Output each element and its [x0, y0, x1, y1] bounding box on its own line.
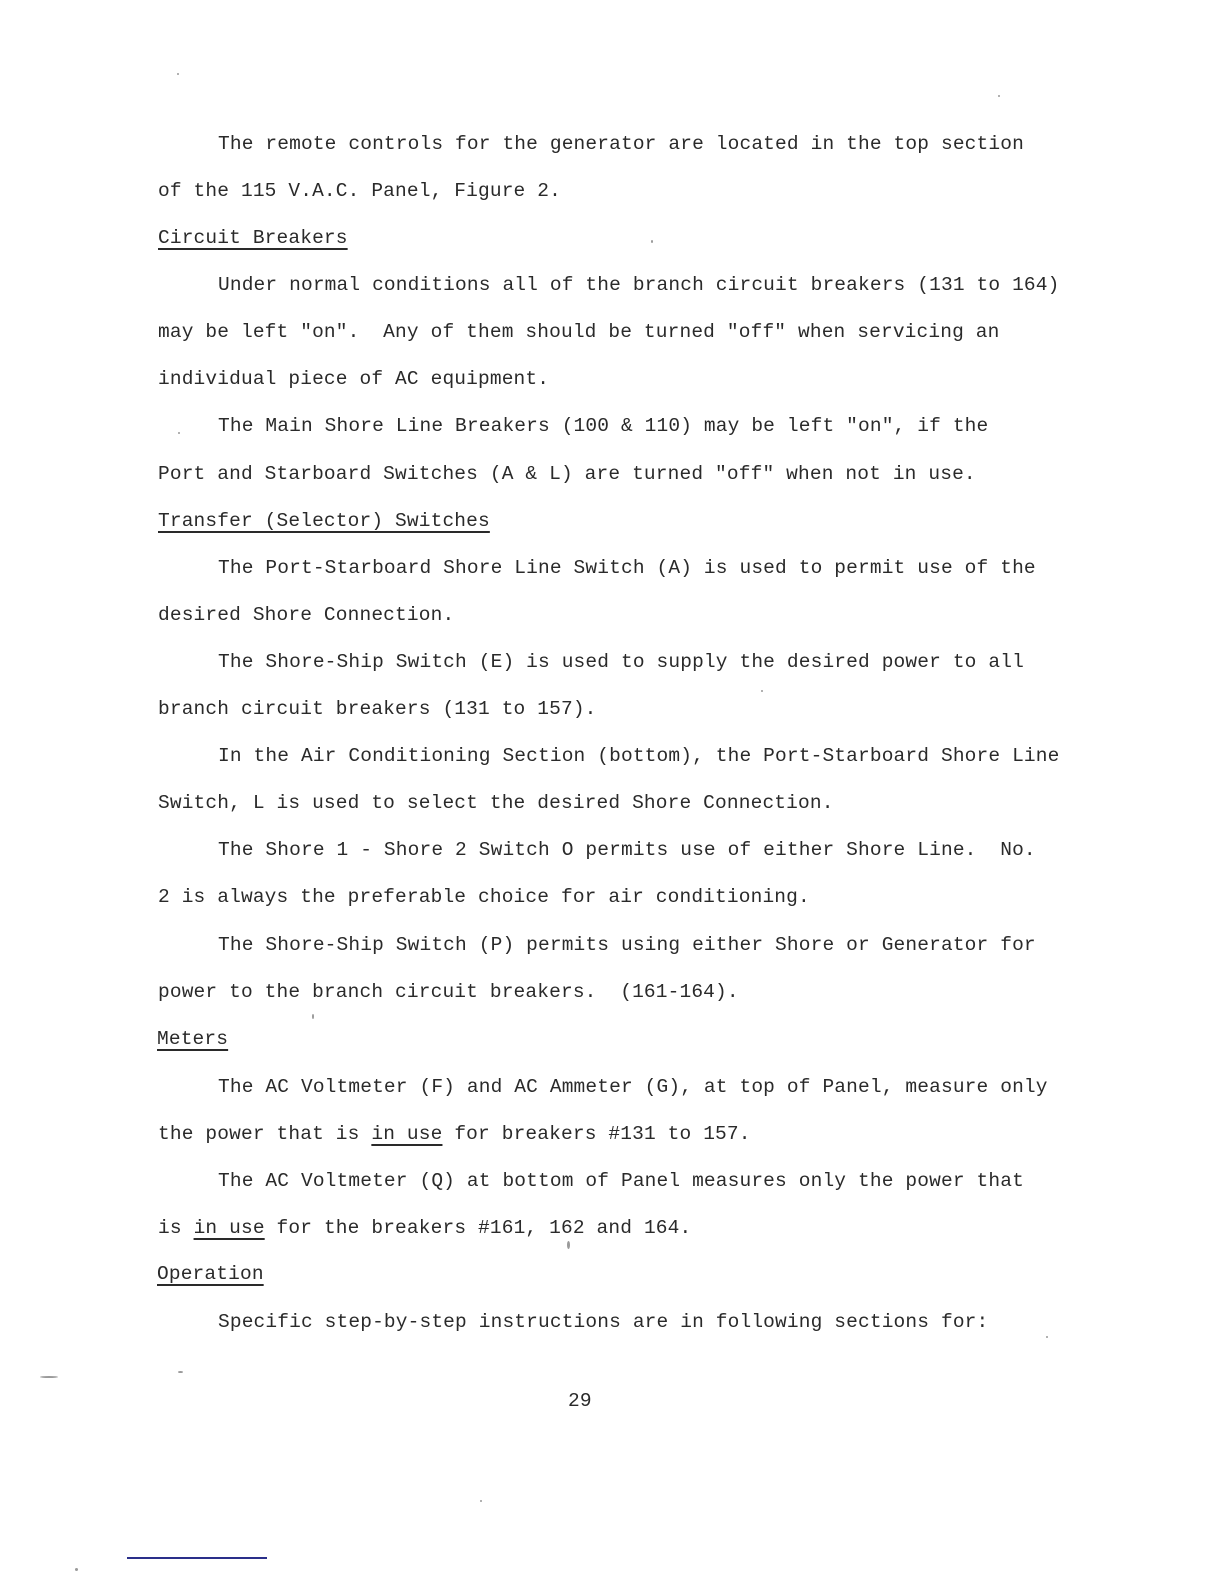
- body-text-line: The Port-Starboard Shore Line Switch (A)…: [218, 556, 1036, 580]
- body-text-line: The Main Shore Line Breakers (100 & 110)…: [218, 414, 988, 438]
- scan-speck: [75, 1568, 78, 1571]
- body-text-line: 2 is always the preferable choice for ai…: [158, 885, 810, 909]
- text-run: the power that is: [158, 1123, 371, 1145]
- section-heading-circuit-breakers: Circuit Breakers: [158, 226, 348, 250]
- emphasis-in-use: in use: [371, 1123, 442, 1145]
- body-text-line: The Shore-Ship Switch (E) is used to sup…: [218, 650, 1024, 674]
- section-heading-transfer-switches: Transfer (Selector) Switches: [158, 509, 490, 533]
- body-text-line: Under normal conditions all of the branc…: [218, 273, 1060, 297]
- body-text-line: The Shore-Ship Switch (P) permits using …: [218, 933, 1036, 957]
- section-heading-meters: Meters: [157, 1027, 228, 1051]
- text-run: is: [158, 1217, 194, 1239]
- body-text-line: is in use for the breakers #161, 162 and…: [158, 1216, 691, 1240]
- body-text-line: desired Shore Connection.: [158, 603, 454, 627]
- scan-speck: [998, 95, 1000, 97]
- emphasis-in-use: in use: [194, 1217, 265, 1239]
- scan-speck: [40, 1376, 58, 1378]
- text-run: for breakers #131 to 157.: [442, 1123, 750, 1145]
- scan-speck: [480, 1500, 482, 1502]
- body-text-line: The AC Voltmeter (F) and AC Ammeter (G),…: [218, 1075, 1048, 1099]
- scan-speck: [178, 432, 180, 434]
- scan-speck: [1046, 1336, 1048, 1338]
- body-text-line: individual piece of AC equipment.: [158, 367, 549, 391]
- scan-speck: [761, 690, 763, 692]
- text-run: for the breakers #161, 162 and 164.: [265, 1217, 692, 1239]
- body-text-line: branch circuit breakers (131 to 157).: [158, 697, 597, 721]
- body-text-line: Specific step-by-step instructions are i…: [218, 1310, 988, 1334]
- scan-speck: [177, 73, 179, 75]
- body-text-line: may be left "on". Any of them should be …: [158, 320, 1000, 344]
- section-heading-operation: Operation: [157, 1262, 264, 1286]
- body-text-line: The remote controls for the generator ar…: [218, 132, 1024, 156]
- body-text-line: the power that is in use for breakers #1…: [158, 1122, 751, 1146]
- body-text-line: In the Air Conditioning Section (bottom)…: [218, 744, 1060, 768]
- body-text-line: of the 115 V.A.C. Panel, Figure 2.: [158, 179, 561, 203]
- body-text-line: Switch, L is used to select the desired …: [158, 791, 834, 815]
- body-text-line: Port and Starboard Switches (A & L) are …: [158, 462, 976, 486]
- footer-rule: [127, 1557, 267, 1559]
- scan-speck: [178, 1371, 183, 1373]
- body-text-line: The AC Voltmeter (Q) at bottom of Panel …: [218, 1169, 1024, 1193]
- scan-speck: [312, 1014, 314, 1019]
- body-text-line: power to the branch circuit breakers. (1…: [158, 980, 739, 1004]
- scan-speck: [567, 1241, 570, 1249]
- scan-speck: [651, 240, 653, 243]
- page-number: 29: [568, 1389, 592, 1413]
- body-text-line: The Shore 1 - Shore 2 Switch O permits u…: [218, 838, 1036, 862]
